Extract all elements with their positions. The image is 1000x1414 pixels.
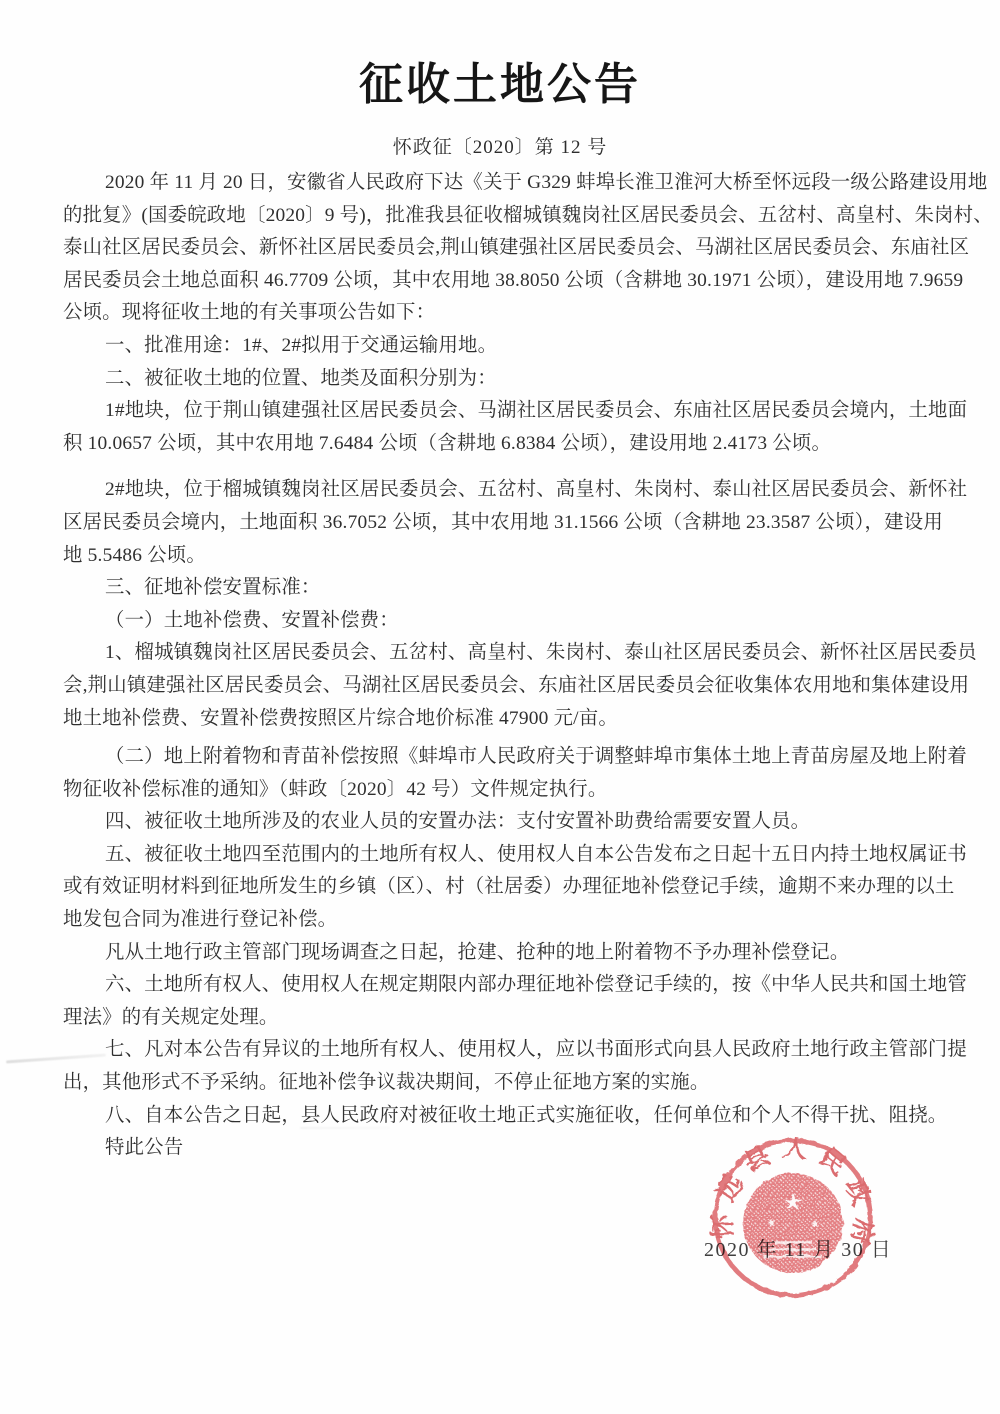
text-line: 1、榴城镇魏岗社区居民委员会、五岔村、高皇村、朱岗村、泰山社区居民委员会、新怀社…: [63, 637, 958, 670]
page-title: 征收土地公告: [0, 48, 1000, 112]
text-line: 地发包合同为准进行登记补偿。: [63, 904, 958, 937]
text-line: （一）土地补偿费、安置补偿费：: [63, 605, 958, 638]
text-line: 四、被征收土地所涉及的农业人员的安置办法：支付安置补助费给需要安置人员。: [63, 806, 958, 839]
seal-emblem: [743, 1173, 843, 1273]
text-line: 区居民委员会境内，土地面积 36.7052 公顷，其中农用地 31.1566 公…: [63, 507, 958, 540]
text-line: （二）地上附着物和青苗补偿按照《蚌埠市人民政府关于调整蚌埠市集体土地上青苗房屋及…: [63, 741, 958, 774]
text-line: 七、凡对本公告有异议的土地所有权人、使用权人，应以书面形式向县人民政府土地行政主…: [63, 1034, 958, 1067]
text-line: 地土地补偿费、安置补偿费按照区片综合地价标准 47900 元/亩。: [63, 703, 958, 736]
text-line: 六、土地所有权人、使用权人在规定期限内部办理征地补偿登记手续的，按《中华人民共和…: [63, 969, 958, 1002]
text-line: 凡从土地行政主管部门现场调查之日起，抢建、抢种的地上附着物不予办理补偿登记。: [63, 937, 958, 970]
text-line: 2#地块，位于榴城镇魏岗社区居民委员会、五岔村、高皇村、朱岗村、泰山社区居民委员…: [63, 474, 958, 507]
text-line: 八、自本公告之日起，县人民政府对被征收土地正式实施征收，任何单位和个人不得干扰、…: [63, 1100, 958, 1133]
text-line: 物征收补偿标准的通知》（蚌政〔2020〕42 号）文件规定执行。: [63, 774, 958, 807]
text-line: 理法》的有关规定处理。: [63, 1002, 958, 1035]
text-line: 积 10.0657 公顷，其中农用地 7.6484 公顷（含耕地 6.8384 …: [63, 428, 958, 461]
official-seal: 怀远县人民政府 ★ ★ ★: [707, 1132, 879, 1304]
text-line: 地 5.5486 公顷。: [63, 540, 958, 573]
text-line: 会,荆山镇建强社区居民委员会、马湖社区居民委员会、东庙社区居民委员会征收集体农用…: [63, 670, 958, 703]
emblem-bar: [764, 1255, 822, 1258]
body-lines: 2020 年 11 月 20 日，安徽省人民政府下达《关于 G329 蚌埠长淮卫…: [63, 167, 958, 1165]
text-line: 居民委员会土地总面积 46.7709 公顷，其中农用地 38.8050 公顷（含…: [63, 265, 958, 298]
text-line: 或有效证明材料到征地所发生的乡镇（区）、村（社居委）办理征地补偿登记手续，逾期不…: [63, 871, 958, 904]
text-line: 一、批准用途：1#、2#拟用于交通运输用地。: [63, 330, 958, 363]
text-line: 泰山社区居民委员会、新怀社区居民委员会,荆山镇建强社区居民委员会、马湖社区居民委…: [63, 232, 958, 265]
text-line: 的批复》(国委皖政地〔2020〕9 号)，批准我县征收榴城镇魏岗社区居民委员会、…: [63, 200, 958, 233]
document-page: 征收土地公告 怀政征〔2020〕第 12 号 2020 年 11 月 20 日，…: [0, 0, 1000, 1414]
text-line: 二、被征收土地的位置、地类及面积分别为：: [63, 363, 958, 396]
emblem-bar: [774, 1241, 812, 1244]
text-line: 三、征地补偿安置标准：: [63, 572, 958, 605]
text-line: 五、被征收土地四至范围内的土地所有权人、使用权人自本公告发布之日起十五日内持土地…: [63, 839, 958, 872]
star-icon: ★: [767, 1219, 776, 1230]
document-number: 怀政征〔2020〕第 12 号: [0, 132, 1000, 159]
text-line: 2020 年 11 月 20 日，安徽省人民政府下达《关于 G329 蚌埠长淮卫…: [63, 167, 958, 200]
text-line: 1#地块，位于荆山镇建强社区居民委员会、马湖社区居民委员会、东庙社区居民委员会境…: [63, 395, 958, 428]
emblem-bar: [769, 1248, 817, 1251]
scan-smudge: [300, 1127, 390, 1129]
star-icon: ★: [810, 1219, 819, 1230]
text-line: 公顷。现将征收土地的有关事项公告如下：: [63, 297, 958, 330]
seal-graphic: 怀远县人民政府 ★ ★ ★: [707, 1132, 879, 1304]
text-line: 出，其他形式不予采纳。征地补偿争议裁决期间，不停止征地方案的实施。: [63, 1067, 958, 1100]
star-icon: ★: [783, 1189, 804, 1215]
